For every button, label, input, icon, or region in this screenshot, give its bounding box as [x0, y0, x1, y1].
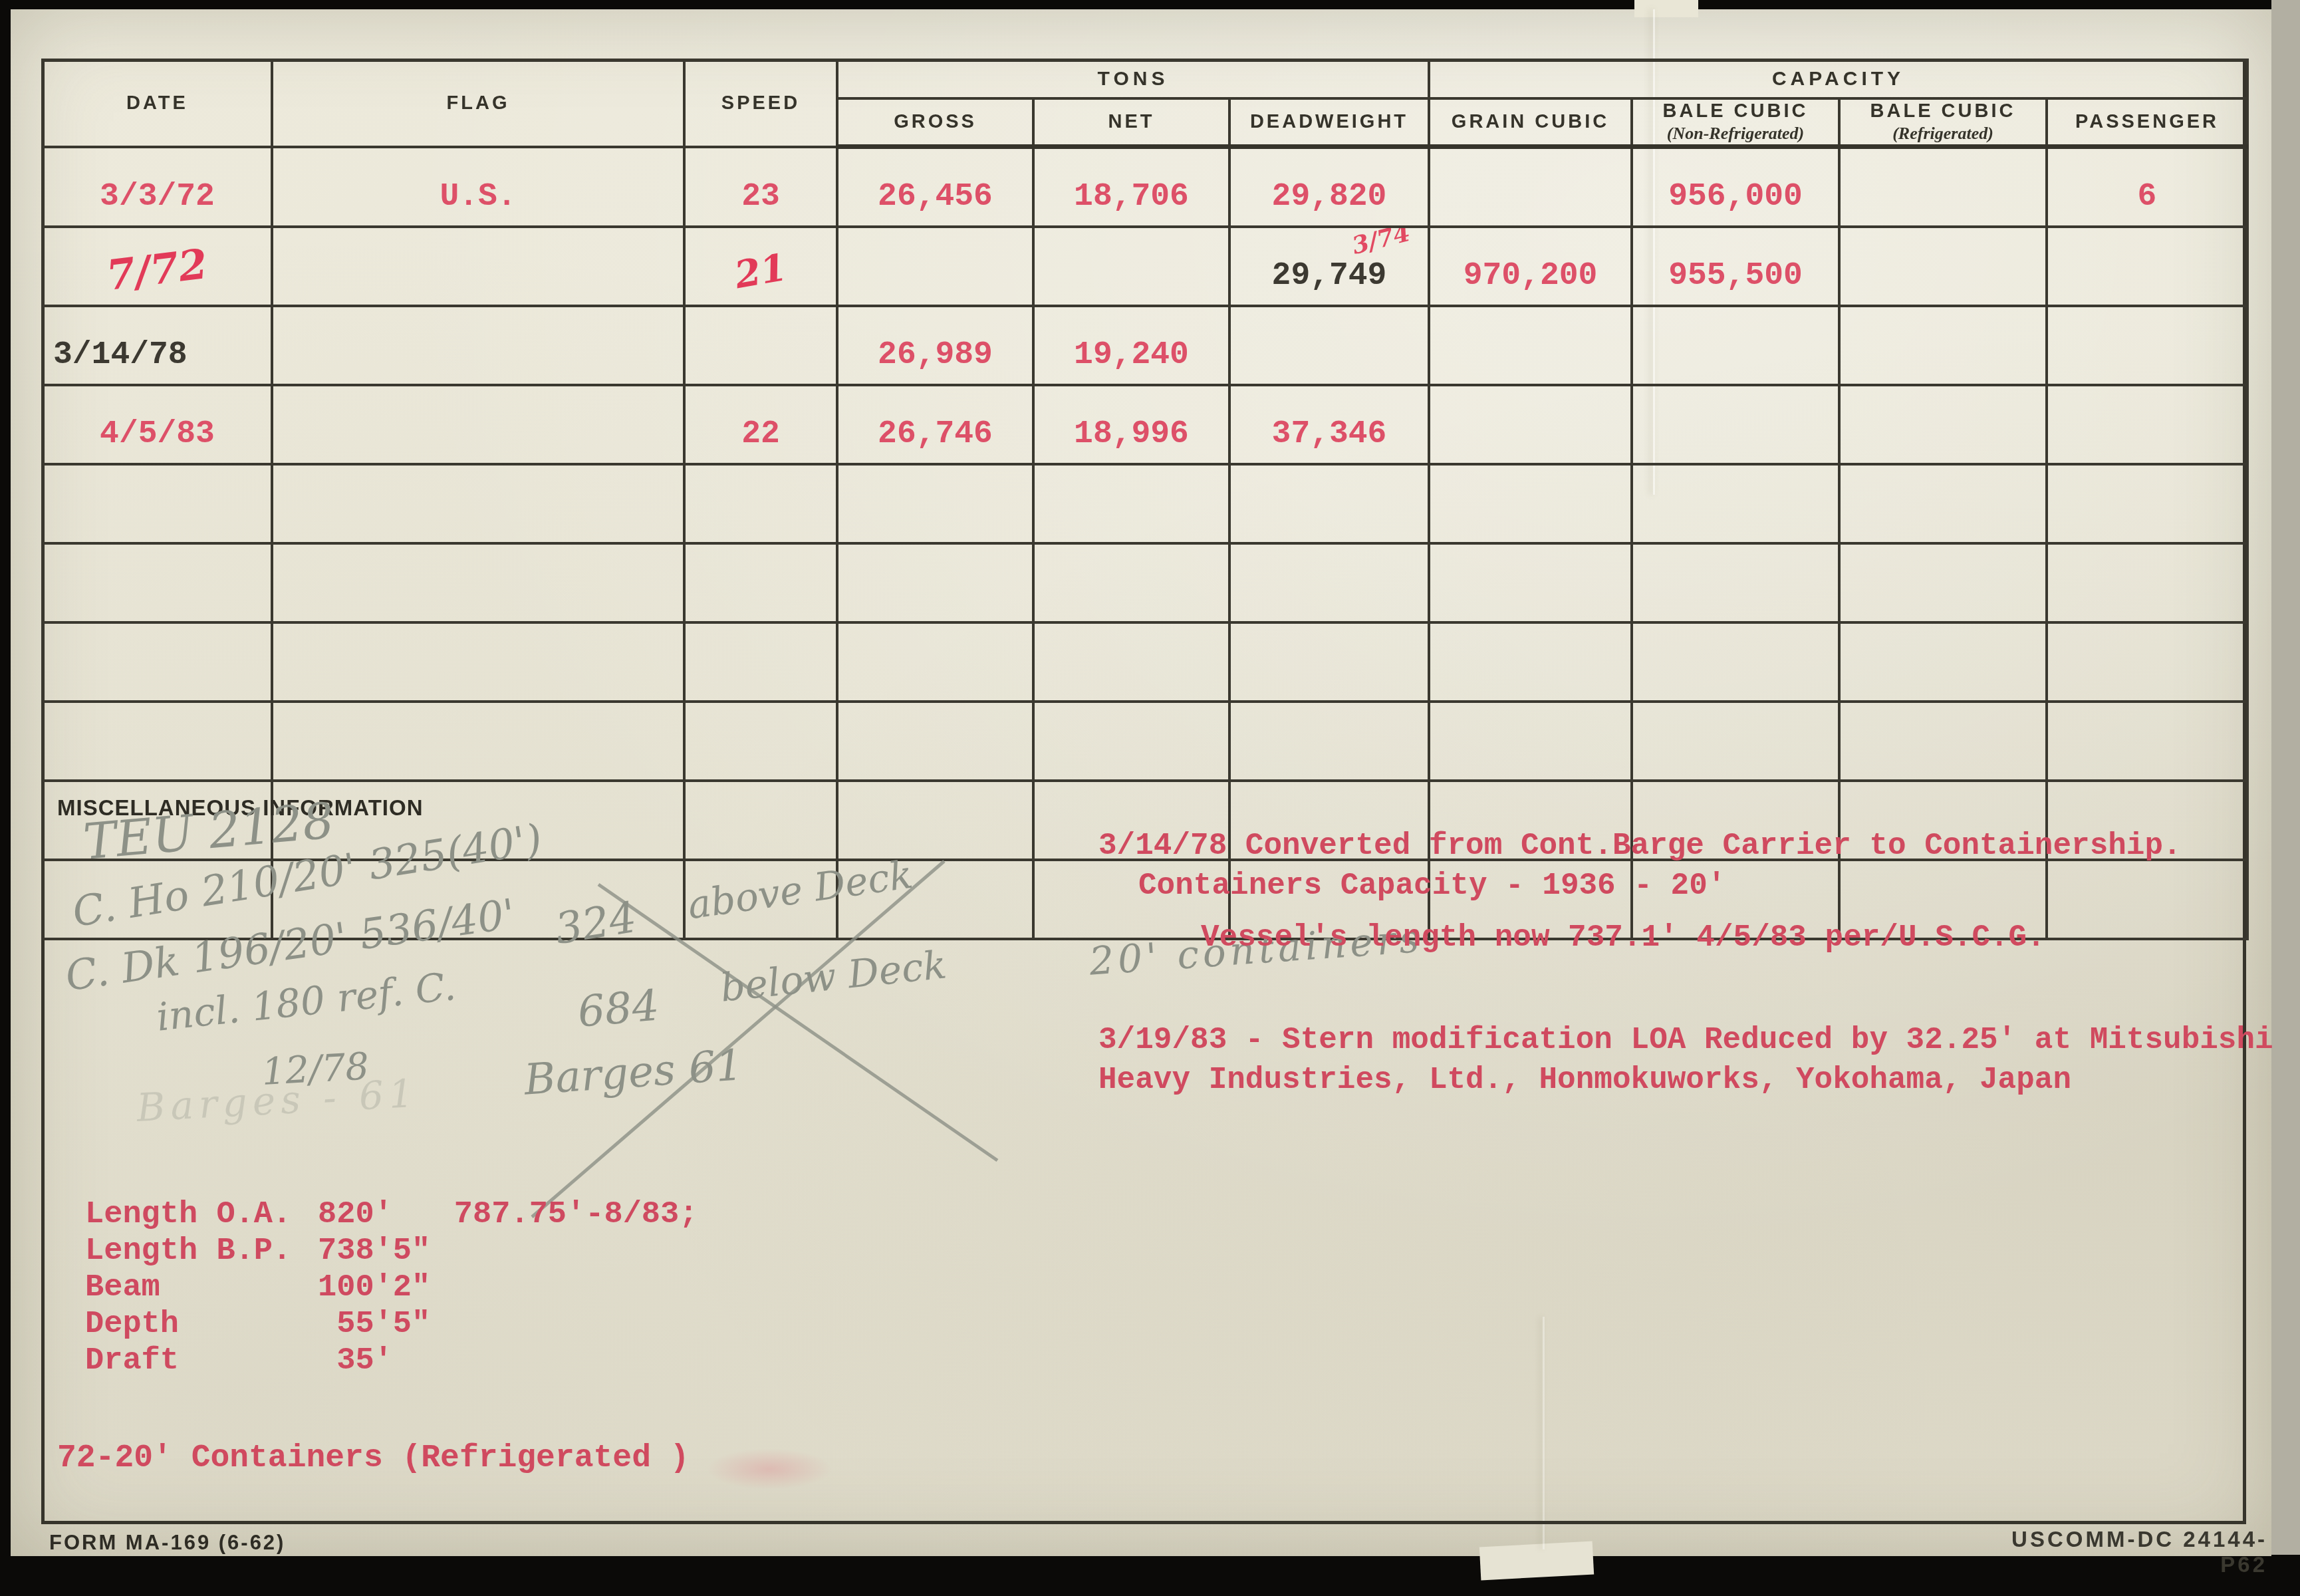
- column-header-deadweight: DEADWEIGHT: [1229, 98, 1429, 147]
- cell-deadweight: 37,346: [1229, 385, 1429, 464]
- cell-deadweight: [1229, 306, 1429, 385]
- bale-ref-subtitle: (Refrigerated): [1841, 124, 2045, 144]
- cell-passenger: [2047, 306, 2247, 385]
- bale-nonref-title: BALE CUBIC: [1663, 100, 1809, 122]
- cell-bale-nonref: 956,000: [1632, 147, 1839, 227]
- typed-stern-mod-line2: Heavy Industries, Ltd., Honmokuworks, Yo…: [1098, 1063, 2071, 1097]
- column-header-grain-cubic: GRAIN CUBIC: [1429, 98, 1632, 147]
- deadweight-value: 29,749: [1272, 258, 1387, 294]
- erased-stamp-ghost: [706, 1448, 832, 1490]
- column-header-net: NET: [1033, 98, 1229, 147]
- typed-conversion-line2: Containers Capacity - 1936 - 20': [1138, 868, 1725, 903]
- cell-passenger: 6: [2047, 147, 2247, 227]
- cell-grain-cubic: 970,200: [1429, 227, 1632, 306]
- column-header-bale-cubic-nonref: BALE CUBIC (Non-Refrigerated): [1632, 98, 1839, 147]
- cell-speed: 21: [684, 227, 837, 306]
- handwritten-note: 3/74: [1349, 227, 1413, 260]
- typed-stern-mod-line1: 3/19/83 - Stern modification LOA Reduced…: [1098, 1023, 2273, 1057]
- column-header-speed: SPEED: [684, 60, 837, 147]
- dimension-label: Depth: [85, 1307, 318, 1342]
- table-row-empty: [43, 702, 2247, 781]
- table-row-empty: [43, 464, 2247, 543]
- cell-grain-cubic: [1429, 306, 1632, 385]
- table-row-1978-03: 3/14/78 26,989 19,240: [43, 306, 2247, 385]
- table-row-1972-03: 3/3/72 U.S. 23 26,456 18,706 29,820 956,…: [43, 147, 2247, 227]
- cell-gross: 26,989: [837, 306, 1033, 385]
- scan-edge-right: [2271, 0, 2300, 1555]
- dimension-row-depth: Depth 55'5": [85, 1307, 698, 1343]
- group-header-capacity: CAPACITY: [1429, 60, 2247, 98]
- cell-speed: 22: [684, 385, 837, 464]
- dimension-value: 738'5": [318, 1234, 430, 1269]
- dimension-row-loa: Length O.A.820'787.75'-8/83;: [85, 1197, 698, 1234]
- handwritten-speed: 21: [731, 245, 790, 298]
- cell-date: 3/3/72: [43, 147, 272, 227]
- cell-gross: 26,746: [837, 385, 1033, 464]
- paper-tear-bottom: [1479, 1541, 1594, 1581]
- cell-bale-nonref: 955,500: [1632, 227, 1839, 306]
- cell-gross: 26,456: [837, 147, 1033, 227]
- column-header-flag: FLAG: [272, 60, 684, 147]
- dimension-value: 35': [318, 1343, 393, 1379]
- column-header-bale-cubic-ref: BALE CUBIC (Refrigerated): [1839, 98, 2047, 147]
- bale-ref-title: BALE CUBIC: [1870, 100, 2016, 122]
- table-row-empty: [43, 622, 2247, 702]
- dimension-label: Draft: [85, 1343, 318, 1379]
- cell-gross: [837, 227, 1033, 306]
- cell-date: 3/14/78: [43, 306, 272, 385]
- print-office-code: USCOMM-DC 24144-P62: [1968, 1527, 2267, 1577]
- table-row-empty: [43, 543, 2247, 622]
- column-header-gross: GROSS: [837, 98, 1033, 147]
- dimension-row-draft: Draft 35': [85, 1343, 698, 1380]
- cell-net: [1033, 227, 1229, 306]
- cell-bale-ref: [1839, 147, 2047, 227]
- cell-bale-ref: [1839, 385, 2047, 464]
- group-header-tons: TONS: [837, 60, 1429, 98]
- dimensions-block: Length O.A.820'787.75'-8/83; Length B.P.…: [85, 1197, 698, 1380]
- form-number: FORM MA-169 (6-62): [49, 1531, 285, 1555]
- cell-bale-ref: [1839, 306, 2047, 385]
- strikethrough-cross: [512, 848, 1057, 1234]
- typed-vessel-length-line: Vessel's length now 737.1' 4/5/83 per/U.…: [1201, 920, 2045, 955]
- cell-flag: [272, 306, 684, 385]
- cell-flag: [272, 227, 684, 306]
- paper-tear-top: [1634, 0, 1698, 17]
- column-header-date: DATE: [43, 60, 272, 147]
- dimension-row-lbp: Length B.P.738'5": [85, 1234, 698, 1270]
- cell-bale-nonref: [1632, 385, 1839, 464]
- typed-conversion-line1: 3/14/78 Converted from Cont.Barge Carrie…: [1098, 829, 2182, 863]
- dimension-label: Length B.P.: [85, 1234, 318, 1269]
- cell-net: 18,996: [1033, 385, 1229, 464]
- cell-bale-ref: [1839, 227, 2047, 306]
- handwritten-date: 7/72: [104, 239, 211, 300]
- table-row-1983-04: 4/5/83 22 26,746 18,996 37,346: [43, 385, 2247, 464]
- dimension-value: 100'2": [318, 1270, 430, 1305]
- dimension-label: Length O.A.: [85, 1197, 318, 1232]
- cell-grain-cubic: [1429, 385, 1632, 464]
- cell-net: 19,240: [1033, 306, 1229, 385]
- column-header-passenger: PASSENGER: [2047, 98, 2247, 147]
- cell-deadweight: 29,820: [1229, 147, 1429, 227]
- typed-reefer-containers-line: 72-20' Containers (Refrigerated ): [57, 1440, 690, 1476]
- scanned-record-card: DATE FLAG SPEED TONS CAPACITY GROSS NET …: [0, 0, 2300, 1596]
- cell-speed: [684, 306, 837, 385]
- cell-grain-cubic: [1429, 147, 1632, 227]
- dimension-value: 55'5": [318, 1307, 430, 1342]
- cell-passenger: [2047, 385, 2247, 464]
- cell-bale-nonref: [1632, 306, 1839, 385]
- dimension-value: 820': [318, 1197, 393, 1232]
- cell-deadweight: 3/74 29,749: [1229, 227, 1429, 306]
- bale-nonref-subtitle: (Non-Refrigerated): [1634, 124, 1837, 144]
- cell-flag: U.S.: [272, 147, 684, 227]
- cell-passenger: [2047, 227, 2247, 306]
- cell-net: 18,706: [1033, 147, 1229, 227]
- dimension-extra: 787.75'-8/83;: [454, 1197, 698, 1232]
- cell-flag: [272, 385, 684, 464]
- cell-date: 4/5/83: [43, 385, 272, 464]
- dimension-label: Beam: [85, 1270, 318, 1305]
- cell-date: 7/72: [43, 227, 272, 306]
- dimension-row-beam: Beam100'2": [85, 1270, 698, 1307]
- cell-speed: 23: [684, 147, 837, 227]
- table-row-1972-07: 7/72 21 3/74 29,749 970,200 955,500: [43, 227, 2247, 306]
